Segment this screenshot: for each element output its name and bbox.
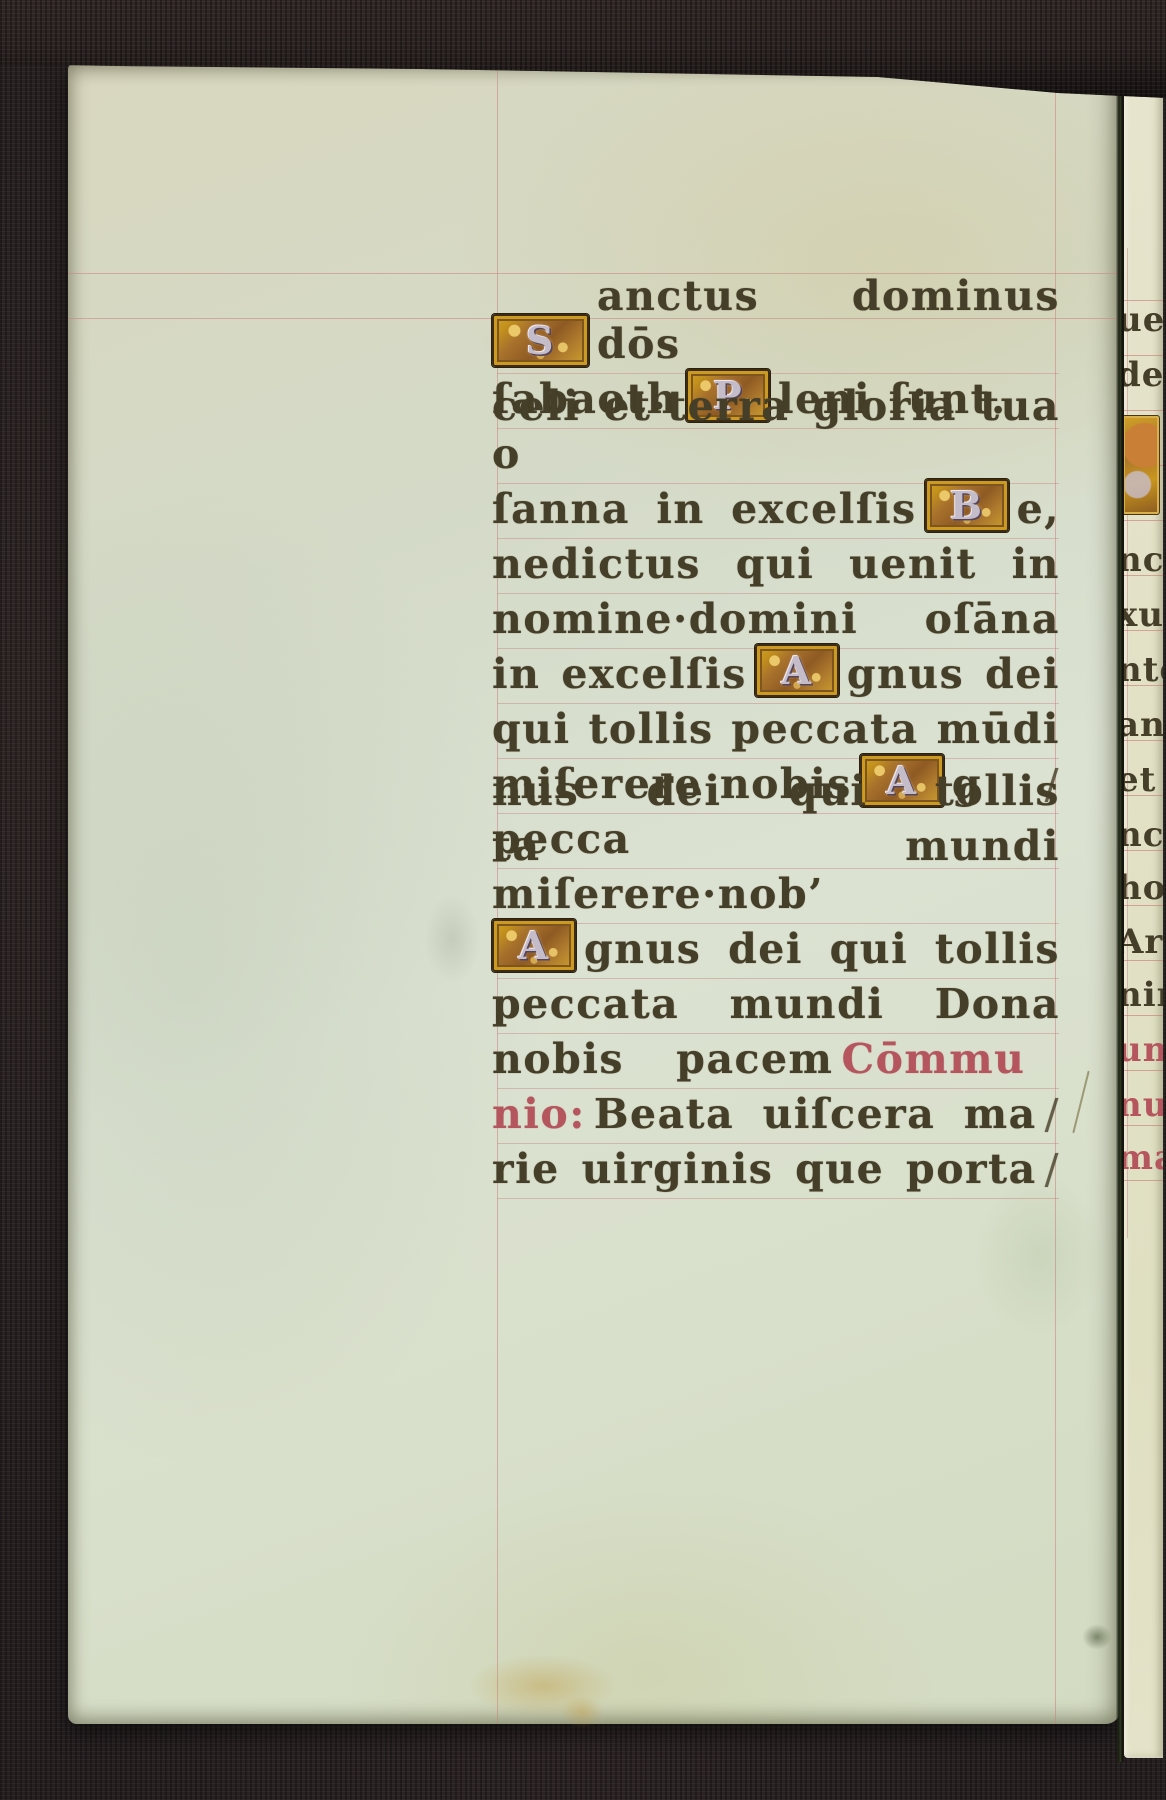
manuscript-text-line: qui tollis peccata mūdi — [492, 699, 1060, 756]
edge-text-fragment: uemtc — [1124, 300, 1163, 340]
edge-text-fragment: et pali — [1124, 760, 1163, 800]
manuscript-text-line: ta mundi miſerere·nob’ — [492, 864, 1060, 921]
edge-text-fragment: ncmb — [1124, 540, 1163, 580]
edge-text-fragment: houa — [1124, 868, 1163, 908]
ruling-line — [1124, 520, 1163, 521]
body-text: nomine·domini oſāna — [492, 595, 1060, 646]
stain — [424, 894, 480, 984]
ruling-line — [1124, 1015, 1163, 1016]
edge-text-fragment: anon — [1124, 705, 1163, 745]
manuscript-text-line: Agnus dei qui tollis — [492, 919, 1060, 976]
body-text: ſanna in excelſis — [492, 485, 917, 536]
body-text: qui tollis peccata mūdi — [492, 705, 1060, 756]
manuscript-text-line: peccata mundi Dona — [492, 974, 1060, 1031]
illuminated-initial: A — [755, 644, 839, 697]
manuscript-text-line: nio:Beata uiſcera ma/ — [492, 1084, 1060, 1141]
edge-rubric-fragment: ma tib — [1124, 1138, 1163, 1178]
edge-rubric-fragment: unct — [1124, 1030, 1163, 1070]
body-text: ta mundi miſerere·nob’ — [492, 822, 1060, 921]
illuminated-initial: S — [492, 314, 589, 367]
line-filler-mark: / — [1045, 1145, 1060, 1196]
manuscript-text-line: in excelſisAgnus dei — [492, 644, 1060, 701]
next-page-edge: uemtcdemusncmbxut·qunte·xpanonet palince… — [1124, 88, 1163, 1758]
body-text: nedictus qui uenit in — [492, 540, 1060, 591]
pen-mark — [1072, 1071, 1089, 1134]
edge-text-fragment: Arem — [1124, 922, 1163, 962]
body-text: gnus dei qui tollis — [584, 925, 1060, 976]
photo-background: Sanctus dominus dōsſabaothPleni ſunt.cel… — [0, 0, 1166, 1800]
body-text: peccata mundi Dona — [492, 980, 1060, 1031]
manuscript-text-line: celi et·terra gloria tua o — [492, 424, 1060, 481]
edge-rubric-fragment: nun l — [1124, 1085, 1163, 1125]
rubric-text: Cōmmu — [841, 1035, 1060, 1086]
gutter-shadow — [1116, 62, 1124, 1762]
body-text: Beata uiſcera ma — [594, 1090, 1037, 1141]
ruling-line — [1124, 1180, 1163, 1181]
illuminated-initial-edge — [1124, 415, 1160, 515]
illuminated-initial: B — [925, 479, 1009, 532]
body-text: gnus dei — [847, 650, 1060, 701]
manuscript-page: Sanctus dominus dōsſabaothPleni ſunt.cel… — [68, 64, 1120, 1724]
stain — [1082, 1624, 1112, 1650]
manuscript-text-line: nedictus qui uenit in — [492, 534, 1060, 591]
edge-text-fragment: demus — [1124, 355, 1163, 395]
ruling-line — [1124, 1125, 1163, 1126]
manuscript-text-line: nomine·domini oſāna — [492, 589, 1060, 646]
initial-letter: S — [526, 322, 555, 360]
ruling-line — [497, 1198, 1059, 1199]
body-text: anctus dominus dōs — [597, 272, 1060, 371]
manuscript-text-line: ſanna in excelſisBe, — [492, 479, 1060, 536]
ruling-line — [1124, 1070, 1163, 1071]
edge-text-fragment: xut·qu — [1124, 595, 1163, 635]
body-text: rie uirginis que porta — [492, 1145, 1037, 1196]
initial-letter: A — [519, 927, 550, 965]
initial-letter: B — [950, 487, 984, 525]
body-text: celi et·terra gloria tua o — [492, 382, 1060, 481]
stain — [560, 1696, 604, 1728]
initial-letter: A — [781, 652, 812, 690]
stain — [468, 1654, 618, 1718]
edge-text-fragment: ncem — [1124, 815, 1163, 855]
manuscript-text-line: rie uirginis que porta/ — [492, 1139, 1060, 1196]
body-text: e, — [1017, 485, 1060, 536]
edge-text-fragment: nte·xp — [1124, 650, 1163, 690]
ruling-line — [1124, 410, 1163, 411]
rubric-text: nio: — [492, 1090, 586, 1141]
manuscript-text-line: Sanctus dominus dōs — [492, 314, 1060, 371]
manuscript-text-line: nobis pacemCōmmu — [492, 1029, 1060, 1086]
line-filler-mark: / — [1045, 1090, 1060, 1141]
body-text: nobis pacem — [492, 1035, 833, 1086]
edge-text-fragment: nin A — [1124, 975, 1163, 1015]
body-text: in excelſis — [492, 650, 747, 701]
illuminated-initial: A — [492, 919, 576, 972]
